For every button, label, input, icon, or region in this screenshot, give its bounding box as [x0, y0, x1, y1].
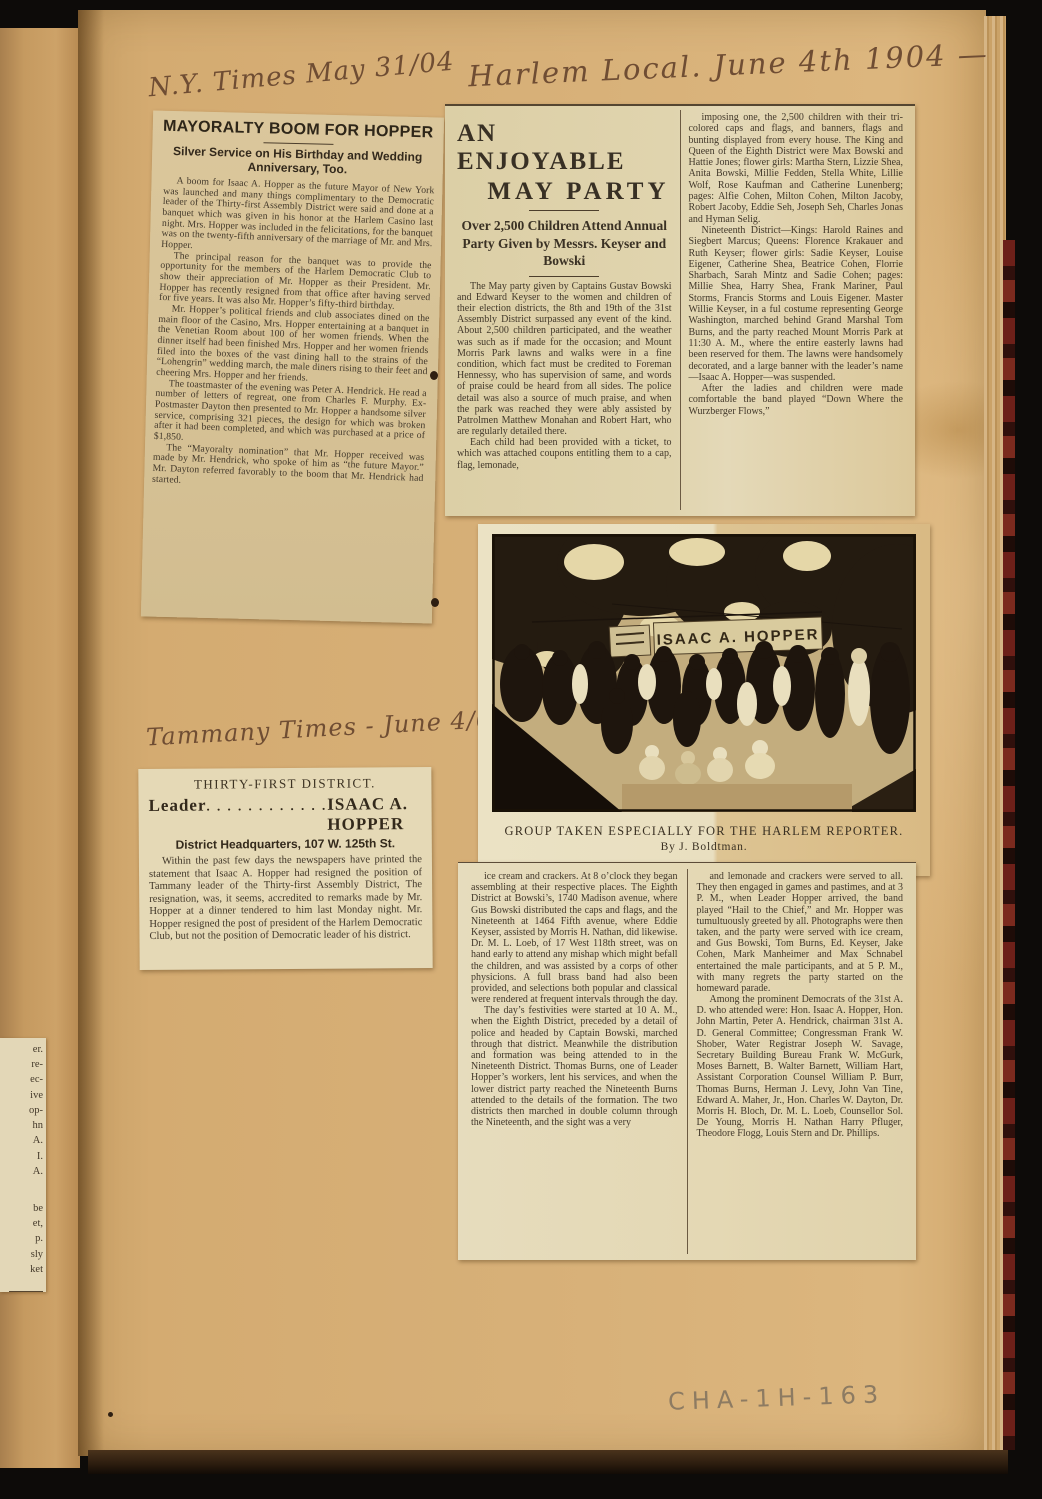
fragment-text: er. — [0, 1042, 43, 1057]
paragraph: Within the past few days the newspapers … — [149, 854, 423, 943]
clipping-headline: THIRTY-FIRST DISTRICT. — [148, 775, 421, 793]
fragment-rule — [9, 1291, 43, 1292]
fragment-text: et, — [0, 1216, 43, 1231]
previous-page-clipping-fragment: er. re- ec- ive op- hn A. I. A. be et, p… — [0, 1038, 46, 1292]
fragment-text: ket — [0, 1262, 43, 1277]
clipping-mayoralty-boom: MAYORALTY BOOM FOR HOPPER Silver Service… — [141, 111, 444, 624]
paragraph: imposing one, the 2,500 children with th… — [688, 112, 903, 225]
page-speck — [108, 1412, 113, 1417]
fragment-text: op- — [0, 1103, 43, 1118]
clipping-may-party: AN ENJOYABLE MAY PARTY Over 2,500 Childr… — [445, 104, 915, 516]
fragment-text: p. — [0, 1231, 43, 1246]
page-speck — [431, 598, 439, 607]
clipping-subhead: Over 2,500 Children Attend Annual Party … — [459, 217, 670, 270]
photo-banner-small — [609, 625, 651, 657]
fragment-text: hn — [0, 1118, 43, 1133]
book-cover-edge — [1003, 240, 1015, 1450]
fragment-text: A. — [0, 1164, 43, 1179]
headline-rule — [263, 142, 333, 145]
clipping-photograph: ISAAC A. HOPPER — [478, 524, 930, 876]
district-headquarters-address: District Headquarters, 107 W. 125th St. — [149, 836, 422, 852]
paragraph: Mr. Hopper’s political friends and club … — [156, 303, 430, 388]
paragraph: A boom for Isaac A. Hopper as the future… — [161, 176, 435, 261]
paragraph: The May party given by Captains Gustav B… — [457, 281, 672, 438]
leader-name: ISAAC A. HOPPER — [327, 794, 422, 835]
fragment-text: sly — [0, 1247, 43, 1262]
column-rule — [687, 869, 688, 1254]
photo-caption: GROUP TAKEN ESPECIALLY FOR THE HARLEM RE… — [492, 824, 916, 839]
clipping-headline: MAYORALTY BOOM FOR HOPPER — [163, 118, 434, 143]
paragraph: and lemonade and crackers were served to… — [696, 871, 903, 994]
column-rule — [680, 110, 681, 510]
paragraph: Nineteenth District—Kings: Harold Raines… — [688, 225, 903, 383]
fragment-text: re- — [0, 1057, 43, 1072]
scrapbook-scan: N.Y. Times May 31/04 Harlem Local. June … — [0, 0, 1042, 1499]
paragraph: Among the prominent Democrats of the 31s… — [696, 994, 903, 1139]
fragment-text: A. — [0, 1133, 43, 1148]
paragraph: The toastmaster of the evening was Peter… — [154, 378, 427, 452]
paragraph: ice cream and crackers. At 8 o’clock the… — [471, 871, 678, 1005]
clipping-headline-line1: AN ENJOYABLE — [457, 120, 672, 176]
leader-dots: . . . . . . . . . . . . — [206, 798, 327, 815]
photo-credit: By J. Boldtman. — [492, 841, 916, 853]
clipping-may-party-continuation: ice cream and crackers. At 8 o’clock the… — [458, 862, 916, 1260]
paragraph: After the ladies and children were made … — [688, 383, 903, 417]
clipping-subhead: Silver Service on His Birthday and Weddi… — [168, 145, 428, 179]
page-speck — [430, 371, 438, 380]
book-bottom-edge — [88, 1450, 1008, 1474]
clipping-headline-line2: MAY PARTY — [457, 178, 670, 206]
group-photograph: ISAAC A. HOPPER — [492, 534, 916, 812]
leader-label: Leader — [148, 796, 206, 816]
fragment-text: ive — [0, 1088, 43, 1103]
leader-line: Leader . . . . . . . . . . . . ISAAC A. … — [148, 794, 421, 836]
book-gutter — [78, 10, 104, 1456]
subhead-rule — [529, 276, 599, 277]
paragraph: The day’s festivities were started at 10… — [471, 1005, 678, 1128]
fragment-text: ec- — [0, 1072, 43, 1087]
clipping-thirty-first-district: THIRTY-FIRST DISTRICT. Leader . . . . . … — [138, 767, 432, 970]
fragment-text: I. — [0, 1149, 43, 1164]
headline-rule — [529, 210, 599, 211]
photo-ground — [622, 784, 852, 812]
paragraph: Each child had been provided with a tick… — [457, 437, 672, 471]
paragraph: The “Mayoralty nomination” that Mr. Hopp… — [152, 442, 424, 495]
fragment-text: be — [0, 1201, 43, 1216]
